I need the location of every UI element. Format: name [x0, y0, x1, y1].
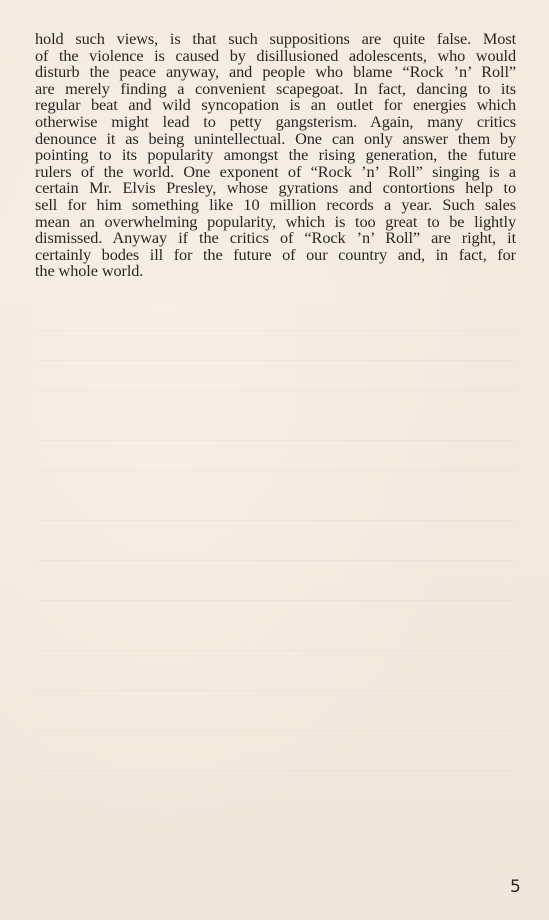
page-number: 5 [510, 877, 521, 897]
bleed-through-line [35, 770, 516, 771]
bleed-through-line [35, 730, 516, 731]
bleed-through-line [35, 390, 516, 391]
bleed-through-line [35, 560, 516, 561]
bleed-through-line [35, 440, 516, 441]
body-paragraph: hold such views, is that such suppositio… [35, 31, 516, 280]
text-line-last: the whole world. [35, 263, 516, 280]
bleed-through-line [35, 330, 516, 331]
document-page: hold such views, is that such suppositio… [0, 0, 549, 920]
bleed-through-line [35, 360, 516, 361]
bleed-through-line [35, 690, 516, 691]
bleed-through-line [35, 470, 516, 471]
bleed-through-line [35, 650, 516, 651]
bleed-through-line [35, 600, 516, 601]
bleed-through-line [35, 520, 516, 521]
